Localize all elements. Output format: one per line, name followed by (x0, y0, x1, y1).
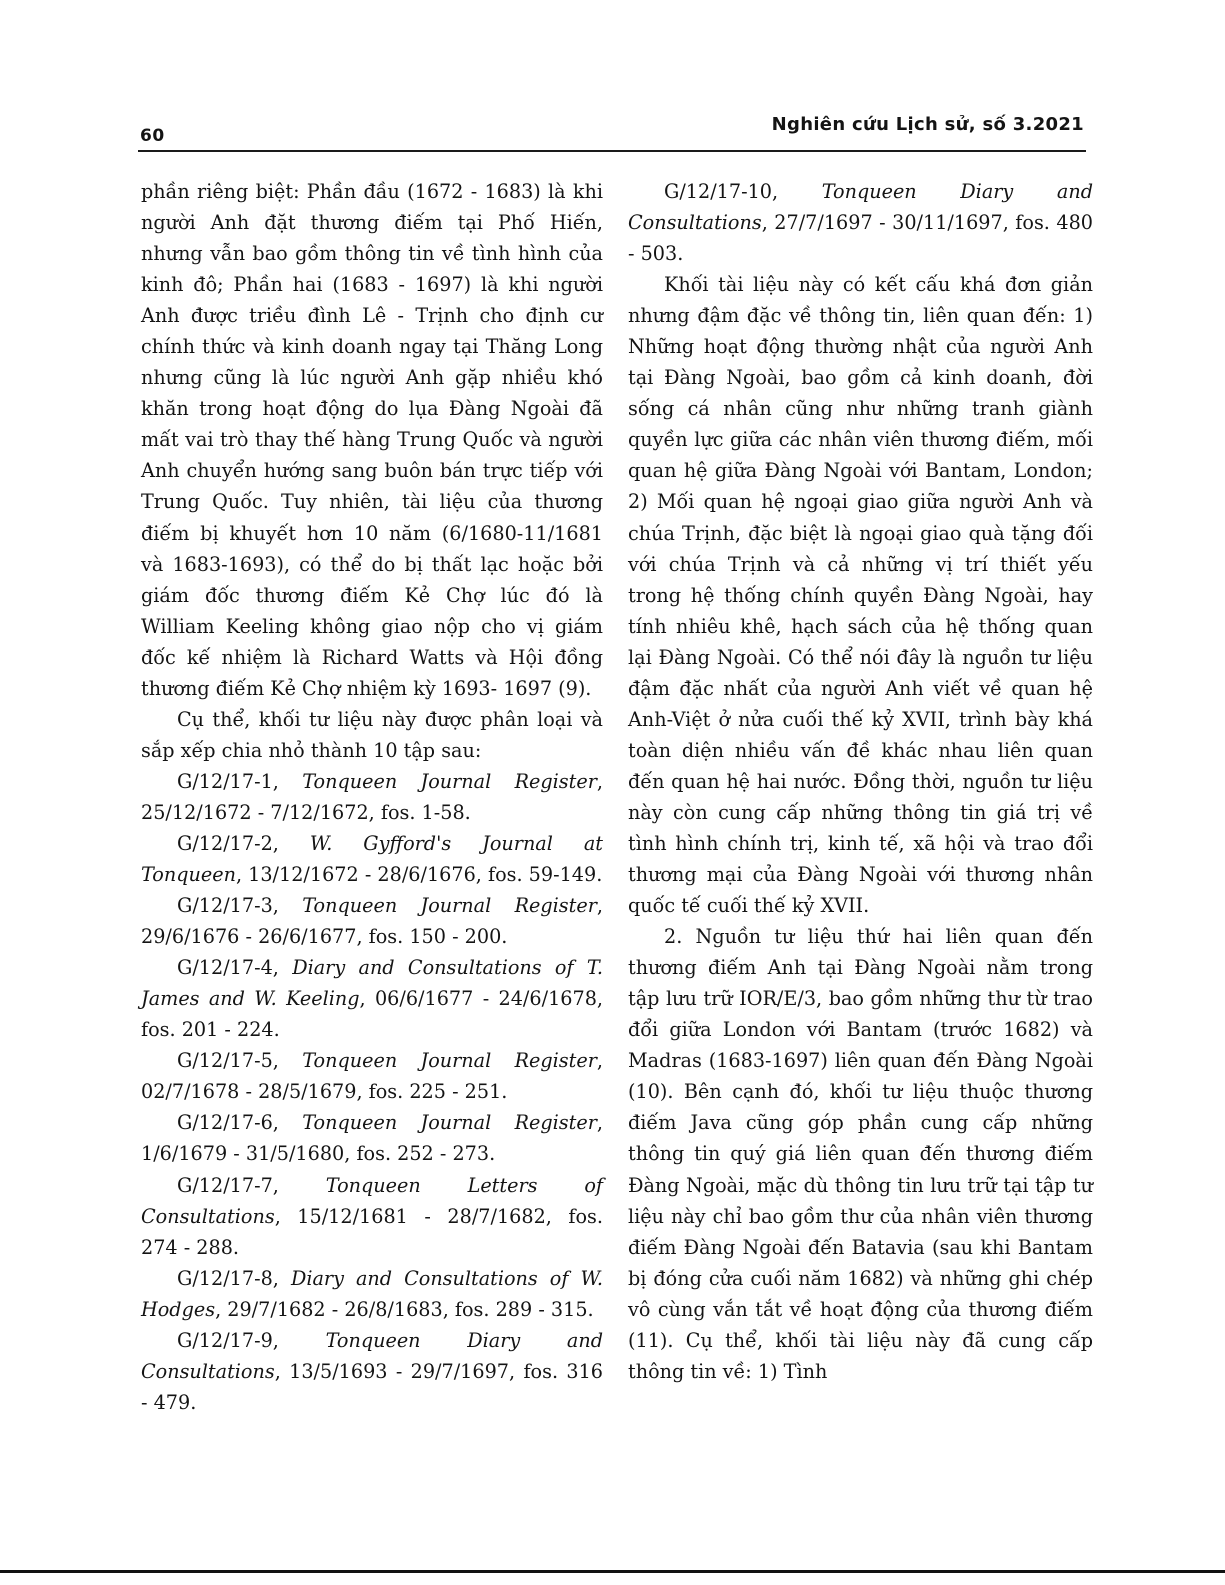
journal-title: Nghiên cứu Lịch sử, số 3.2021 (772, 114, 1084, 135)
volume-details: , 29/7/1682 - 26/8/1683, fos. 289 - 315. (215, 1298, 594, 1321)
volume-entry-6: G/12/17-6, Tonqueen Journal Register, 1/… (141, 1107, 603, 1169)
right-column: G/12/17-10, Tonqueen Diary and Consultat… (628, 176, 1093, 1387)
volume-entry-10: G/12/17-10, Tonqueen Diary and Consultat… (628, 176, 1093, 269)
classification-paragraph: Cụ thể, khối tư liệu này được phân loại … (141, 704, 603, 766)
volume-code: G/12/17-8, (177, 1267, 279, 1290)
volume-title: Tonqueen Journal Register (302, 894, 597, 917)
left-column: phần riêng biệt: Phần đầu (1672 - 1683) … (141, 176, 603, 1418)
volume-entry-7: G/12/17-7, Tonqueen Letters of Consultat… (141, 1170, 603, 1263)
volume-code: G/12/17-7, (177, 1174, 279, 1197)
volume-code: G/12/17-2, (177, 832, 279, 855)
second-source-paragraph: 2. Nguồn tư liệu thứ hai liên quan đến t… (628, 921, 1093, 1387)
volume-code: G/12/17-6, (177, 1111, 279, 1134)
volume-entry-4: G/12/17-4, Diary and Consultations of T.… (141, 952, 603, 1045)
volume-entry-8: G/12/17-8, Diary and Consultations of W.… (141, 1263, 603, 1325)
volume-code: G/12/17-9, (177, 1329, 279, 1352)
bottom-rule (0, 1570, 1225, 1573)
volume-title: Tonqueen Journal Register (302, 1049, 597, 1072)
volume-code: G/12/17-4, (177, 956, 279, 979)
volume-code: G/12/17-10, (664, 180, 778, 203)
volume-code: G/12/17-5, (177, 1049, 279, 1072)
page-number: 60 (140, 126, 165, 146)
page-header: 60 Nghiên cứu Lịch sử, số 3.2021 (138, 108, 1086, 152)
volume-entry-1: G/12/17-1, Tonqueen Journal Register, 25… (141, 766, 603, 828)
volume-code: G/12/17-3, (177, 894, 279, 917)
volume-entry-9: G/12/17-9, Tonqueen Diary and Consultati… (141, 1325, 603, 1418)
volume-entry-5: G/12/17-5, Tonqueen Journal Register, 02… (141, 1045, 603, 1107)
structure-paragraph: Khối tài liệu này có kết cấu khá đơn giả… (628, 269, 1093, 921)
volume-title: Tonqueen Journal Register (302, 770, 597, 793)
intro-paragraph: phần riêng biệt: Phần đầu (1672 - 1683) … (141, 176, 603, 704)
volume-code: G/12/17-1, (177, 770, 279, 793)
volume-entry-3: G/12/17-3, Tonqueen Journal Register, 29… (141, 890, 603, 952)
volume-entry-2: G/12/17-2, W. Gyfford's Journal at Tonqu… (141, 828, 603, 890)
volume-details: , 13/12/1672 - 28/6/1676, fos. 59-149. (236, 863, 602, 886)
volume-title: Tonqueen Journal Register (302, 1111, 597, 1134)
